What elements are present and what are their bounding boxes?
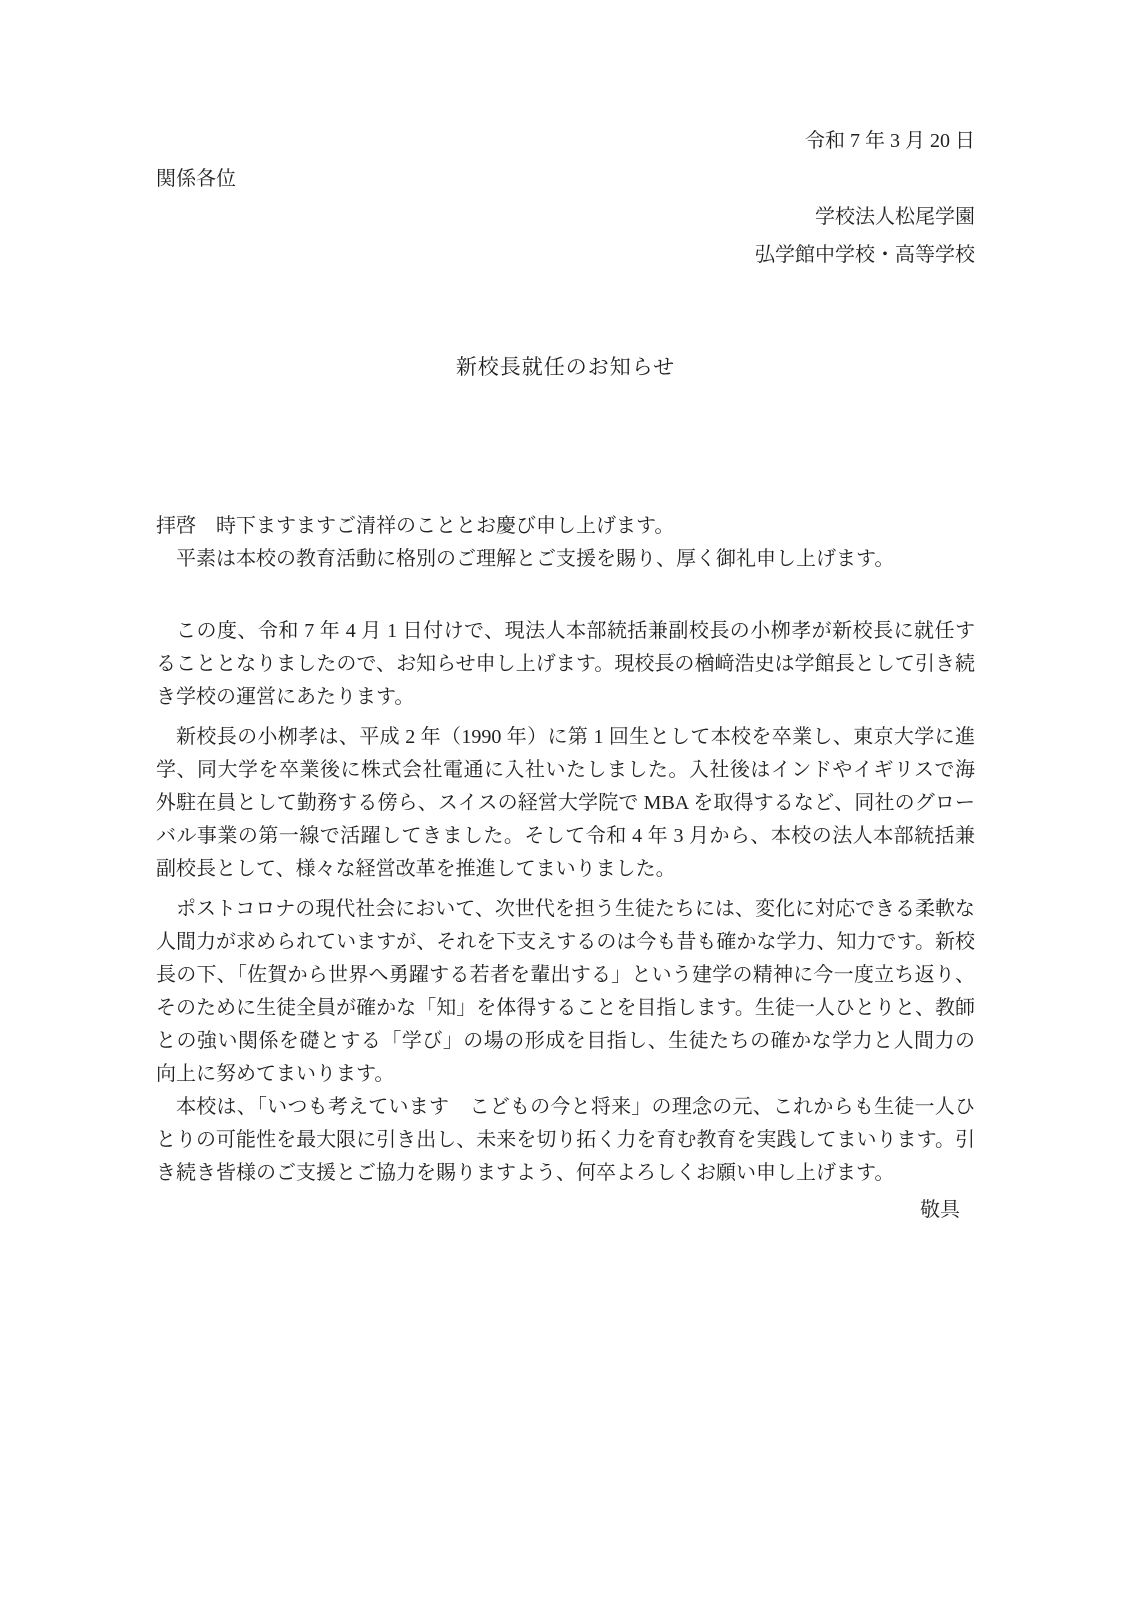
greeting-line-1: 拝啓 時下ますますご清祥のこととお慶び申し上げます。 bbox=[156, 510, 975, 543]
sender-organization: 学校法人松尾学園 bbox=[156, 198, 975, 236]
body-paragraph-vision: ポストコロナの現代社会において、次世代を担う生徒たちには、変化に対応できる柔軟な… bbox=[156, 893, 975, 1091]
closing-word: 敬具 bbox=[156, 1194, 975, 1227]
body-paragraph-announcement: この度、令和 7 年 4 月 1 日付けで、現法人本部統括兼副校長の小栁孝が新校… bbox=[156, 615, 975, 714]
letter-body: 拝啓 時下ますますご清祥のこととお慶び申し上げます。 平素は本校の教育活動に格別… bbox=[156, 510, 975, 1227]
document-title: 新校長就任のお知らせ bbox=[156, 348, 975, 386]
recipient-line: 関係各位 bbox=[156, 160, 975, 198]
body-paragraph-biography: 新校長の小栁孝は、平成 2 年（1990 年）に第 1 回生として本校を卒業し、… bbox=[156, 721, 975, 886]
greeting-line-2: 平素は本校の教育活動に格別のご理解とご支援を賜り、厚く御礼申し上げます。 bbox=[156, 543, 975, 576]
sender-school: 弘学館中学校・高等学校 bbox=[156, 236, 975, 274]
letter-page: 令和 7 年 3 月 20 日 関係各位 学校法人松尾学園 弘学館中学校・高等学… bbox=[0, 0, 1131, 1600]
body-paragraph-commitment: 本校は、「いつも考えています こどもの今と将来」の理念の元、これからも生徒一人ひ… bbox=[156, 1091, 975, 1190]
date-line: 令和 7 年 3 月 20 日 bbox=[156, 122, 975, 160]
